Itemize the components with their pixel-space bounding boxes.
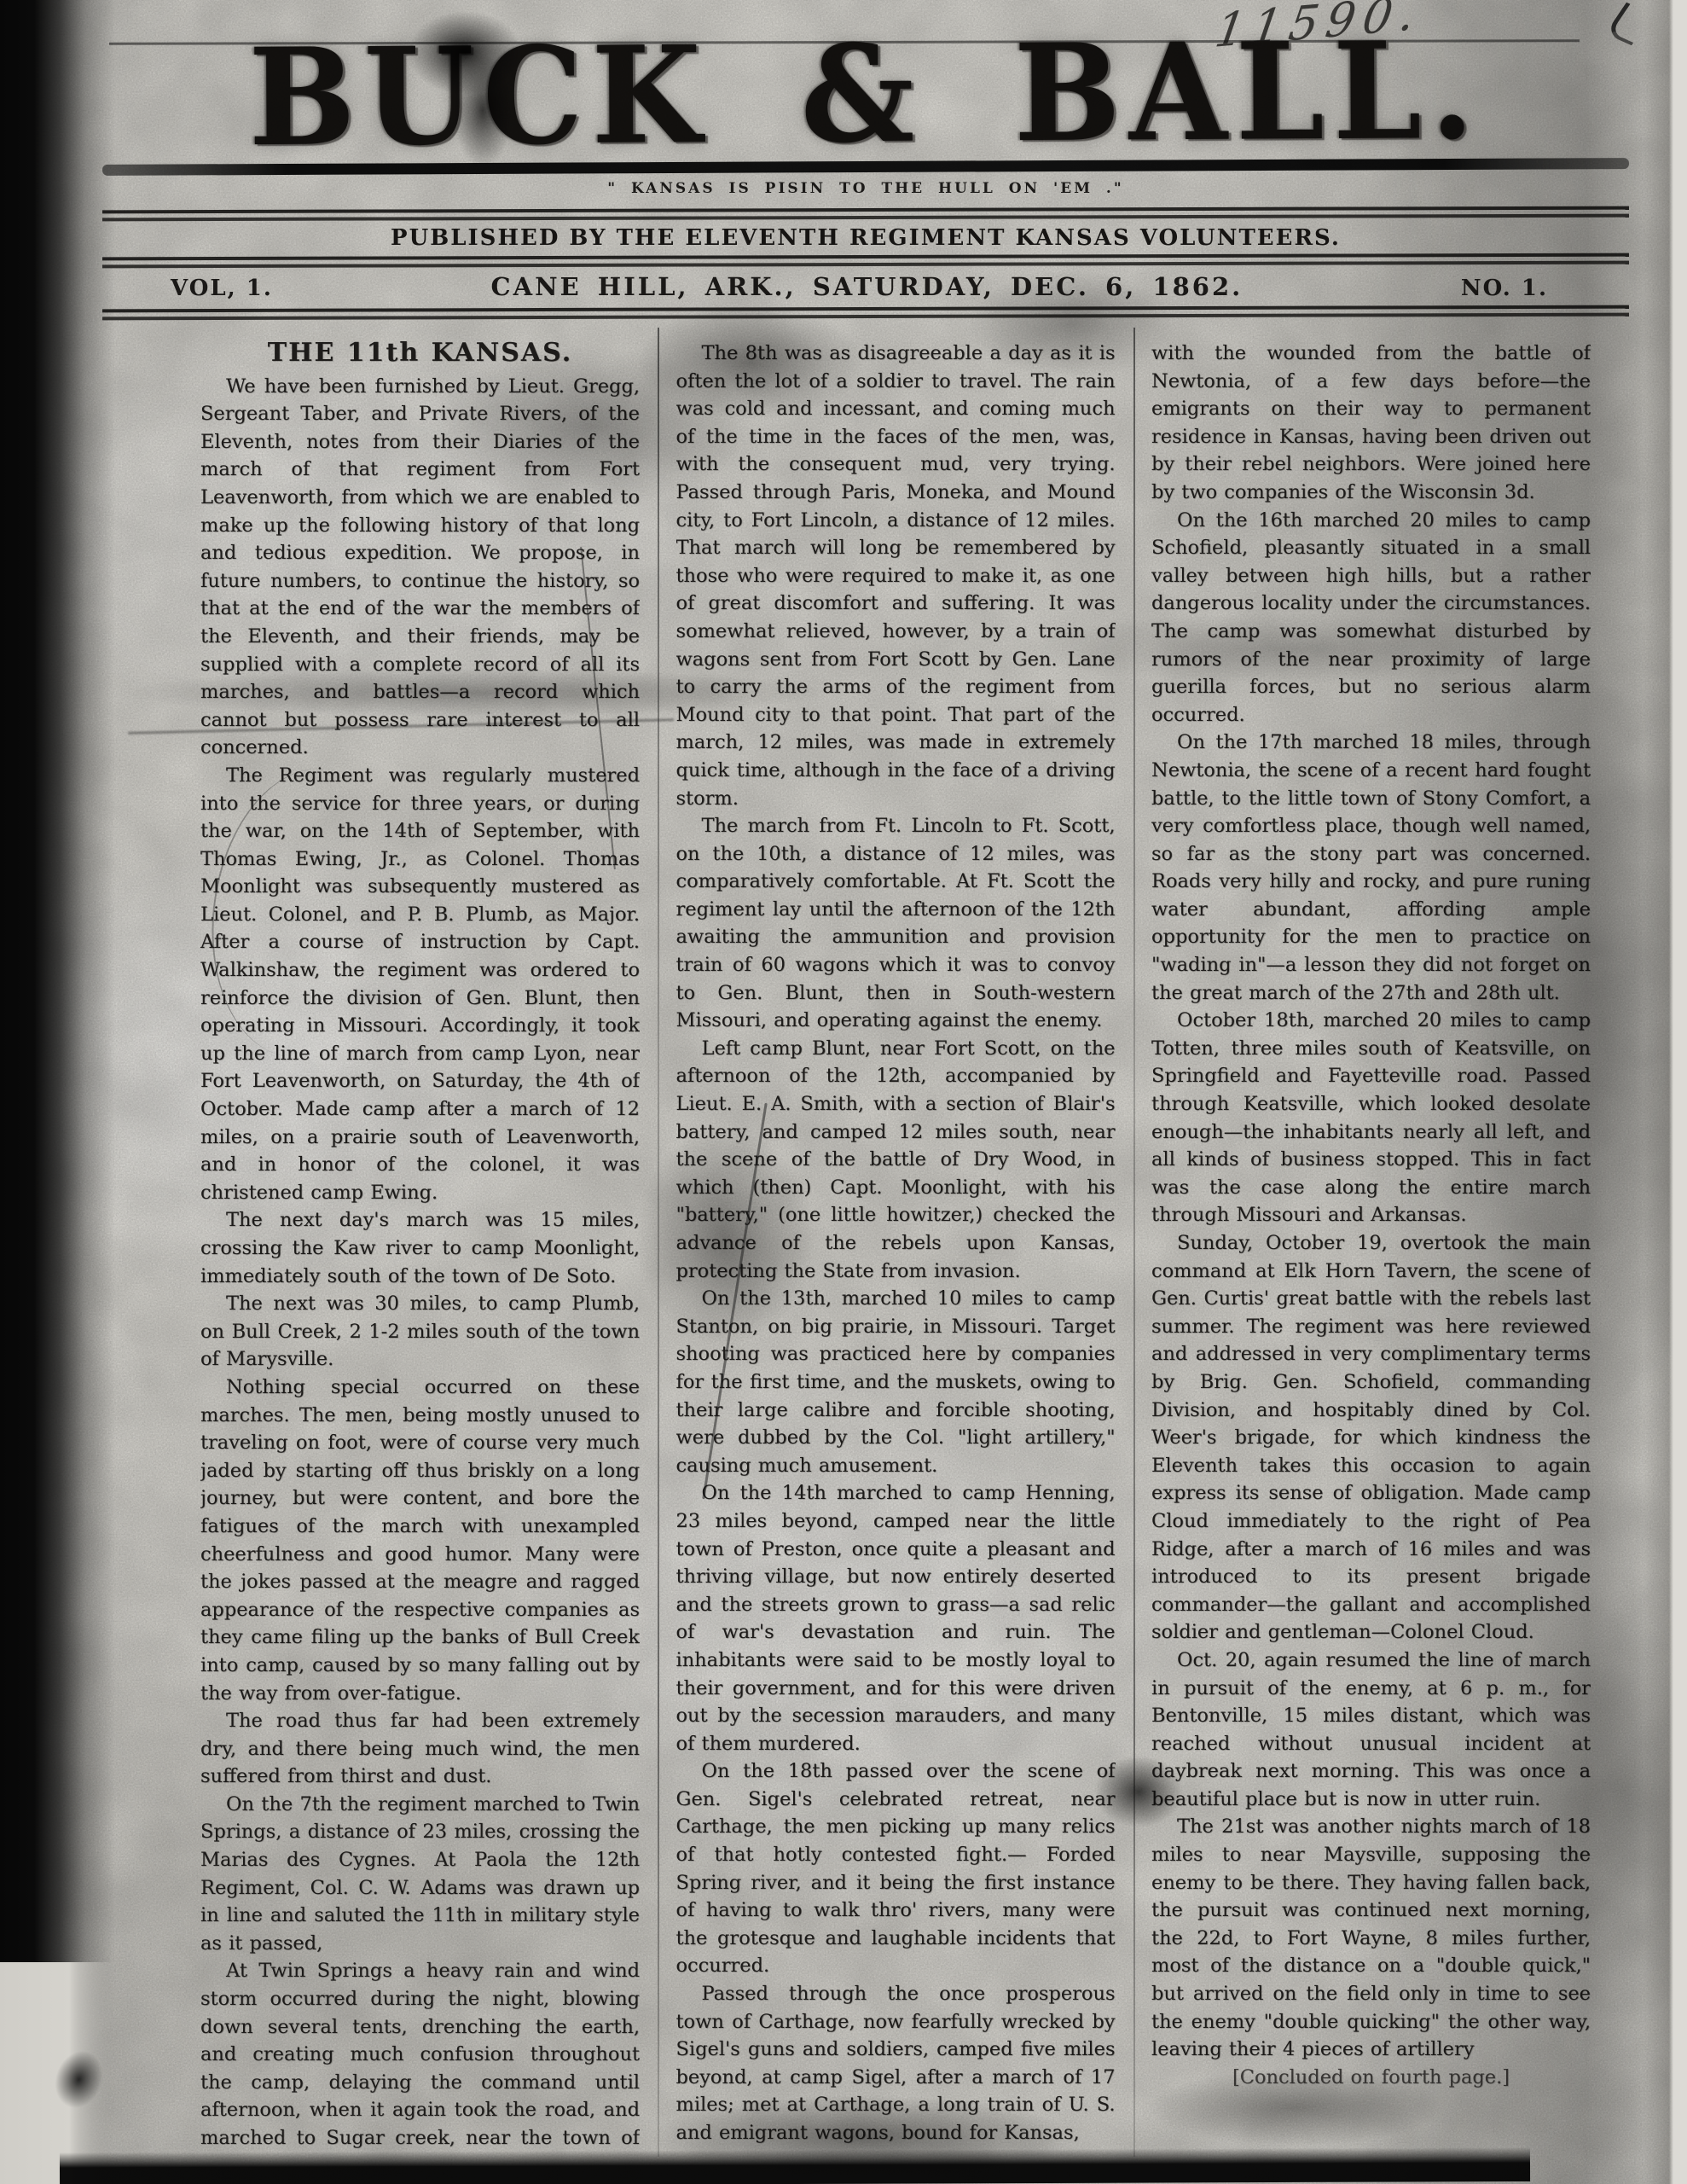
paragraph: On the 18th passed over the scene of Gen… <box>676 1757 1116 1980</box>
paragraph: On the 14th marched to camp Henning, 23 … <box>676 1479 1116 1757</box>
paragraph: The 8th was as disagreeable a day as it … <box>676 340 1116 812</box>
volume-label: VOL, 1. <box>171 276 273 301</box>
paragraph: On the 13th, marched 10 miles to camp St… <box>676 1285 1116 1479</box>
paragraph: The road thus far had been extremely dry… <box>200 1707 640 1791</box>
column-3: with the wounded from the battle of Newt… <box>1151 340 1591 2157</box>
paragraph: The next day's march was 15 miles, cross… <box>200 1206 640 1290</box>
publisher-line: PUBLISHED BY THE ELEVENTH REGIMENT KANSA… <box>102 226 1629 251</box>
paragraph: On the 17th marched 18 miles, through Ne… <box>1151 729 1591 1007</box>
scan-edge-left <box>0 0 115 2184</box>
masthead-rule-double <box>102 206 1629 221</box>
dateline: CANE HILL, ARK., SATURDAY, DEC. 6, 1862. <box>273 273 1461 301</box>
paragraph: Passed through the once prosperous town … <box>676 1980 1116 2147</box>
paragraph: The 21st was another nights march of 18 … <box>1151 1813 1591 2063</box>
newspaper-page: 11590. BUCK & BALL. " KANSAS IS PISIN TO… <box>0 0 1687 2184</box>
paragraph: with the wounded from the battle of Newt… <box>1151 340 1591 507</box>
paragraph: The next was 30 miles, to camp Plumb, on… <box>200 1290 640 1374</box>
article-heading: THE 11th KANSAS. <box>200 340 640 368</box>
dateline-row: VOL, 1. CANE HILL, ARK., SATURDAY, DEC. … <box>102 273 1629 301</box>
continuation-note: [Concluded on fourth page.] <box>1151 2064 1591 2092</box>
masthead: BUCK & BALL. " KANSAS IS PISIN TO THE HU… <box>102 34 1629 318</box>
paragraph: We have been furnished by Lieut. Gregg, … <box>200 373 640 762</box>
page-content: 11590. BUCK & BALL. " KANSAS IS PISIN TO… <box>0 0 1687 2184</box>
paragraph: October 18th, marched 20 miles to camp T… <box>1151 1007 1591 1229</box>
paragraph: Sunday, October 19, overtook the main co… <box>1151 1229 1591 1647</box>
paragraph: Nothing special occurred on these marche… <box>200 1374 640 1707</box>
paragraph: At Twin Springs a heavy rain and wind st… <box>200 1957 640 2157</box>
issue-label: NO. 1. <box>1461 276 1548 301</box>
newspaper-title: BUCK & BALL. <box>102 26 1630 162</box>
scan-edge-right <box>1643 0 1687 2184</box>
motto: " KANSAS IS PISIN TO THE HULL ON 'EM ." <box>102 179 1629 198</box>
masthead-rule-double <box>102 253 1629 269</box>
scan-edge-bottom <box>60 2147 1530 2184</box>
paragraph: On the 16th marched 20 miles to camp Sch… <box>1151 507 1591 729</box>
paragraph: The march from Ft. Lincoln to Ft. Scott,… <box>676 812 1116 1035</box>
column-divider <box>1116 340 1152 2157</box>
paragraph: On the 7th the regiment marched to Twin … <box>200 1791 640 1958</box>
article-columns: THE 11th KANSAS. We have been furnished … <box>200 340 1591 2157</box>
column-1: THE 11th KANSAS. We have been furnished … <box>200 340 640 2157</box>
masthead-rule-double <box>102 305 1629 320</box>
column-divider <box>640 340 676 2157</box>
paragraph: Oct. 20, again resumed the line of march… <box>1151 1647 1591 1814</box>
